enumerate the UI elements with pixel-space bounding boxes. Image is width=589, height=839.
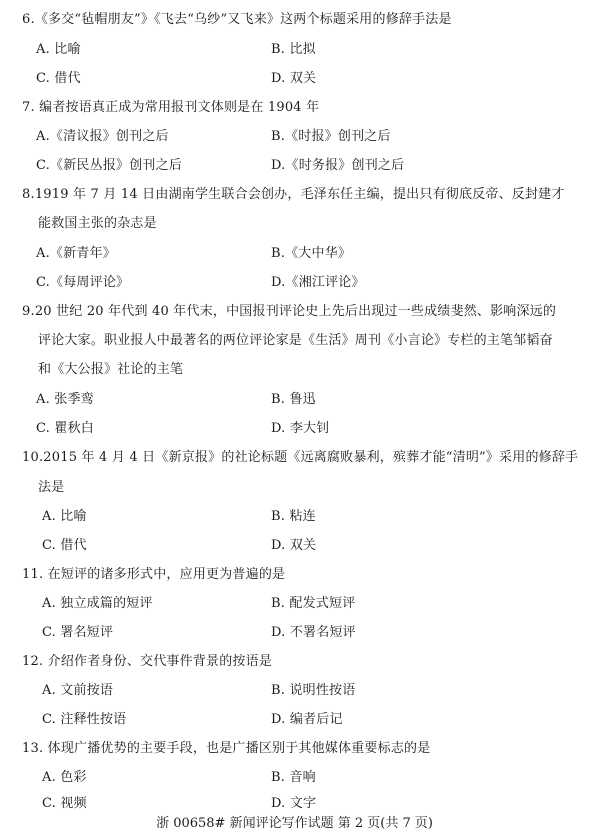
option-label: A. — [36, 129, 50, 144]
question-8-stem-cont: 能救国主张的杂志是 — [38, 216, 157, 232]
option-text: 双关 — [290, 71, 316, 86]
option-text: 注释性按语 — [60, 712, 126, 727]
option-text: 编者后记 — [290, 712, 343, 727]
option-label: D. — [271, 796, 286, 811]
option-text: 文前按语 — [60, 683, 113, 698]
option-b: B.《大中华》 — [271, 246, 351, 262]
question-number: 8. — [22, 187, 35, 202]
option-text: 借代 — [54, 71, 80, 86]
option-label: D. — [271, 275, 286, 290]
option-text: 《湘江评论》 — [286, 275, 365, 290]
question-text: 法是 — [38, 480, 64, 495]
option-text: 独立成篇的短评 — [60, 596, 152, 611]
question-10-stem: 10.2015 年 4 月 4 日《新京报》的社论标题《远离腐败暴利，殡葬才能“… — [22, 450, 578, 466]
option-label: C. — [36, 275, 50, 290]
option-b: B. 比拟 — [271, 42, 316, 58]
option-text: 《新青年》 — [50, 246, 116, 261]
question-text: 1919 年 7 月 14 日由湖南学生联合会创办，毛泽东任主编，提出只有彻底反… — [35, 187, 565, 202]
option-b: B. 配发式短评 — [271, 596, 355, 612]
option-text: 《清议报》创刊之后 — [50, 129, 169, 144]
option-c: C. 借代 — [36, 71, 81, 87]
option-c: C. 视频 — [42, 796, 87, 812]
option-text: 鲁迅 — [289, 392, 315, 407]
option-text: 《新民丛报》创刊之后 — [50, 158, 182, 173]
question-number: 11. — [22, 567, 43, 582]
option-text: 比喻 — [54, 42, 80, 57]
option-d: D. 双关 — [271, 71, 316, 87]
option-label: D. — [271, 625, 286, 640]
option-label: B. — [271, 596, 285, 611]
page-footer: 浙 00658# 新闻评论写作试题 第 2 页(共 7 页) — [0, 816, 589, 832]
option-c: C. 借代 — [42, 538, 87, 554]
option-label: D. — [271, 158, 286, 173]
option-label: B. — [271, 392, 285, 407]
question-13-stem: 13. 体现广播优势的主要手段，也是广播区别于其他媒体重要标志的是 — [22, 741, 430, 757]
question-text: 介绍作者身份、交代事件背景的按语是 — [48, 654, 272, 669]
option-text: 《大中华》 — [285, 246, 351, 261]
option-text: 借代 — [60, 538, 86, 553]
question-text: 20 世纪 20 年代到 40 年代末，中国报刊评论史上先后出现过一些成绩斐然、… — [35, 304, 556, 319]
option-label: C. — [42, 712, 56, 727]
question-text: 能救国主张的杂志是 — [38, 216, 157, 231]
option-label: D. — [271, 71, 286, 86]
option-text: 色彩 — [60, 770, 86, 785]
option-text: 粘连 — [289, 509, 315, 524]
option-label: A. — [42, 509, 56, 524]
option-text: 比拟 — [289, 42, 315, 57]
option-a: A. 比喻 — [36, 42, 81, 58]
option-b: B. 说明性按语 — [271, 683, 355, 699]
question-number: 10. — [22, 450, 43, 465]
option-a: A. 独立成篇的短评 — [42, 596, 153, 612]
option-a: A. 色彩 — [42, 770, 87, 786]
option-text: 署名短评 — [60, 625, 113, 640]
option-label: C. — [42, 796, 56, 811]
option-c: C. 瞿秋白 — [36, 421, 94, 437]
option-c: C.《每周评论》 — [36, 275, 129, 291]
question-text: 和《大公报》社论的主笔 — [38, 362, 183, 377]
option-text: 不署名短评 — [290, 625, 356, 640]
question-text: 编者按语真正成为常用报刊文体则是在 1904 年 — [39, 100, 319, 115]
option-label: D. — [271, 712, 286, 727]
exam-page: 6.《多交“毡帽朋友”》《飞去“乌纱”又飞来》这两个标题采用的修辞手法是 A. … — [0, 0, 589, 839]
option-label: D. — [271, 421, 286, 436]
question-7-stem: 7. 编者按语真正成为常用报刊文体则是在 1904 年 — [22, 100, 319, 116]
option-text: 文字 — [290, 796, 316, 811]
question-number: 12. — [22, 654, 43, 669]
option-label: C. — [36, 71, 50, 86]
question-12-stem: 12. 介绍作者身份、交代事件背景的按语是 — [22, 654, 272, 670]
option-label: A. — [42, 683, 56, 698]
question-text: 2015 年 4 月 4 日《新京报》的社论标题《远离腐败暴利，殡葬才能“清明”… — [43, 450, 578, 465]
option-label: B. — [271, 770, 285, 785]
question-number: 7. — [22, 100, 35, 115]
question-number: 9. — [22, 304, 35, 319]
option-label: C. — [36, 421, 50, 436]
option-a: A. 比喻 — [42, 509, 87, 525]
option-b: B. 粘连 — [271, 509, 316, 525]
option-text: 说明性按语 — [289, 683, 355, 698]
question-9-stem-cont: 评论大家。职业报人中最著名的两位评论家是《生活》周刊《小言论》专栏的主笔邹韬奋 — [38, 333, 553, 349]
question-number: 13. — [22, 741, 43, 756]
option-label: A. — [42, 596, 56, 611]
option-text: 瞿秋白 — [54, 421, 94, 436]
option-d: D. 编者后记 — [271, 712, 343, 728]
option-a: A.《新青年》 — [36, 246, 116, 262]
option-d: D. 李大钊 — [271, 421, 329, 437]
option-label: D. — [271, 538, 286, 553]
option-text: 《时报》创刊之后 — [285, 129, 391, 144]
option-d: D.《湘江评论》 — [271, 275, 365, 291]
option-d: D. 文字 — [271, 796, 316, 812]
option-text: 视频 — [60, 796, 86, 811]
option-b: B.《时报》创刊之后 — [271, 129, 391, 145]
option-label: B. — [271, 129, 285, 144]
option-text: 配发式短评 — [289, 596, 355, 611]
option-text: 音响 — [289, 770, 315, 785]
option-label: B. — [271, 246, 285, 261]
question-9-stem: 9.20 世纪 20 年代到 40 年代末，中国报刊评论史上先后出现过一些成绩斐… — [22, 304, 556, 320]
option-label: B. — [271, 509, 285, 524]
option-text: 李大钊 — [290, 421, 330, 436]
option-b: B. 鲁迅 — [271, 392, 316, 408]
option-c: C. 注释性按语 — [42, 712, 126, 728]
option-label: A. — [36, 392, 50, 407]
option-a: A.《清议报》创刊之后 — [36, 129, 169, 145]
option-label: A. — [36, 246, 50, 261]
option-text: 张季鸾 — [54, 392, 94, 407]
question-text: 体现广播优势的主要手段，也是广播区别于其他媒体重要标志的是 — [48, 741, 431, 756]
option-text: 比喻 — [60, 509, 86, 524]
option-text: 《每周评论》 — [50, 275, 129, 290]
question-text: 评论大家。职业报人中最著名的两位评论家是《生活》周刊《小言论》专栏的主笔邹韬奋 — [38, 333, 553, 348]
question-text: 在短评的诸多形式中，应用更为普遍的是 — [48, 567, 286, 582]
option-d: D. 不署名短评 — [271, 625, 356, 641]
option-text: 双关 — [290, 538, 316, 553]
option-c: C.《新民丛报》创刊之后 — [36, 158, 182, 174]
option-a: A. 文前按语 — [42, 683, 113, 699]
option-label: B. — [271, 683, 285, 698]
question-6-stem: 6.《多交“毡帽朋友”》《飞去“乌纱”又飞来》这两个标题采用的修辞手法是 — [22, 12, 452, 28]
option-d: D. 双关 — [271, 538, 316, 554]
option-d: D.《时务报》创刊之后 — [271, 158, 404, 174]
option-text: 《时务报》创刊之后 — [286, 158, 405, 173]
option-c: C. 署名短评 — [42, 625, 113, 641]
question-number: 6. — [22, 12, 35, 27]
option-a: A. 张季鸾 — [36, 392, 94, 408]
option-b: B. 音响 — [271, 770, 316, 786]
option-label: C. — [42, 625, 56, 640]
option-label: A. — [36, 42, 50, 57]
question-9-stem-cont: 和《大公报》社论的主笔 — [38, 362, 183, 378]
option-label: A. — [42, 770, 56, 785]
question-text: 《多交“毡帽朋友”》《飞去“乌纱”又飞来》这两个标题采用的修辞手法是 — [35, 12, 452, 27]
option-label: C. — [36, 158, 50, 173]
question-10-stem-cont: 法是 — [38, 480, 64, 496]
option-label: C. — [42, 538, 56, 553]
option-label: B. — [271, 42, 285, 57]
question-11-stem: 11. 在短评的诸多形式中，应用更为普遍的是 — [22, 567, 285, 583]
question-8-stem: 8.1919 年 7 月 14 日由湖南学生联合会创办，毛泽东任主编，提出只有彻… — [22, 187, 565, 203]
